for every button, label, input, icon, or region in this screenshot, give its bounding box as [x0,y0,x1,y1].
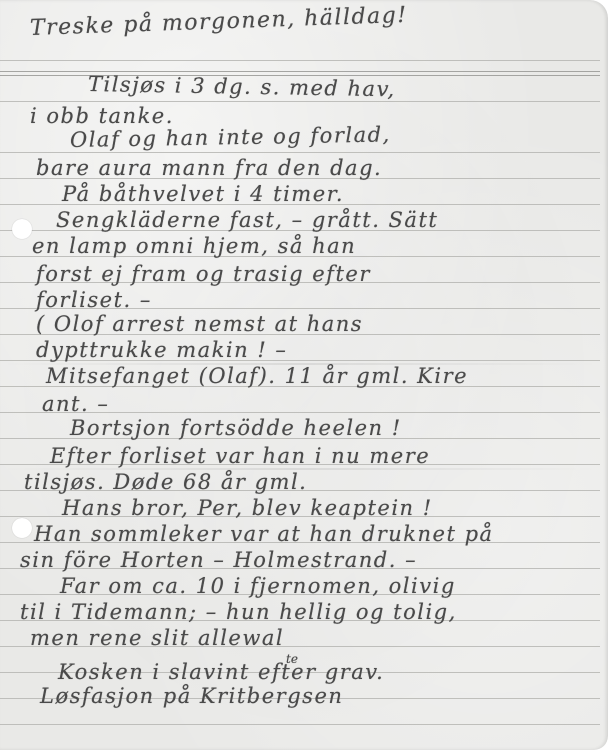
handwritten-line: Mitsefanget (Olaf). 11 år gml. Kire [46,364,468,388]
handwritten-line: Olaf og han inte og forlad, [70,122,391,152]
punch-hole-upper [12,219,32,239]
handwritten-line: På båthvelvet i 4 timer. [62,182,344,206]
ruled-line [0,724,600,725]
handwritten-line: forst ej fram og trasig efter [36,262,371,286]
handwritten-line: Kosken i slavint efter grav. [58,660,384,684]
handwritten-line: Tilsjøs i 3 dg. s. med hav, [88,72,396,101]
ruled-line [0,152,600,153]
handwritten-line: forliset. – [36,288,152,312]
handwritten-line: Sengkläderne fast, – grått. Sätt [56,208,438,232]
handwritten-line: tilsjøs. Døde 68 år gml. [24,470,307,494]
handwritten-line: en lamp omni hjem, så han [32,234,356,258]
paper-sheet: Treske på morgonen, hälldag! Tilsjøs i 3… [0,0,608,750]
handwritten-line: Efter forliset var han i nu mere [50,444,430,468]
handwritten-line: bare aura mann fra den dag. [36,156,382,180]
handwritten-line: Hans bror, Per, blev keaptein ! [62,496,433,520]
handwritten-line: Bortsjon fortsödde heelen ! [70,416,402,440]
handwritten-line: ant. – [42,392,109,416]
handwritten-line: Løsfasjon på Kritbergsen [40,684,343,708]
handwritten-line: til i Tidemann; – hun hellig og tolig, [20,600,457,624]
handwritten-heading: Treske på morgonen, hälldag! [30,3,408,41]
handwritten-line: sin före Horten – Holmestrand. – [20,548,417,572]
ruled-line [0,101,600,102]
handwritten-line: men rene slit allewal [30,626,284,650]
handwritten-line: dypttrukke makin ! – [36,338,287,362]
handwritten-line: i obb tanke. [30,104,174,128]
ruled-line [0,60,600,61]
handwritten-line: Han sommleker var at han druknet på [34,522,494,546]
handwritten-line: Far om ca. 10 i fjernomen, olivig [60,574,456,598]
punch-hole-lower [12,518,32,538]
handwritten-line: ( Olof arrest nemst at hans [36,312,363,336]
